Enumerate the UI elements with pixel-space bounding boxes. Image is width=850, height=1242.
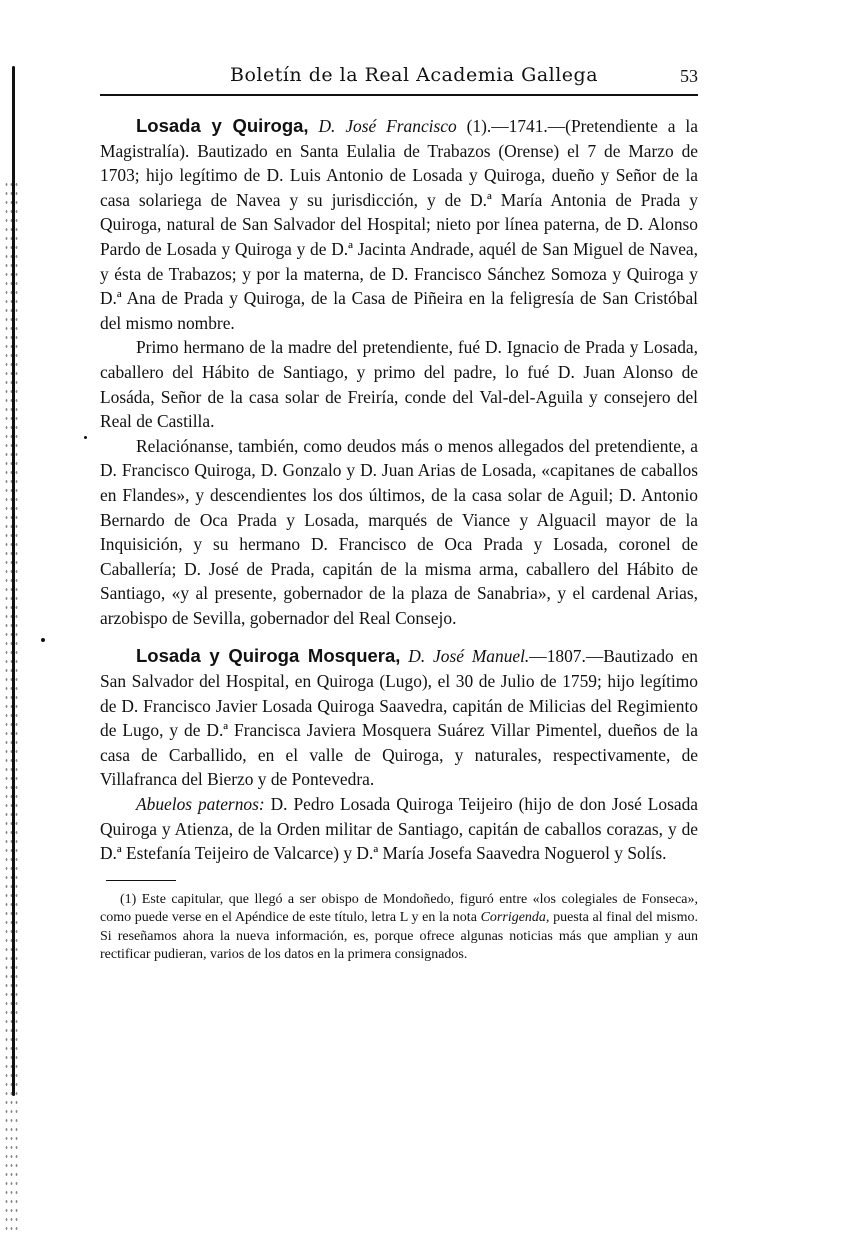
page-number: 53 (680, 66, 698, 87)
entry-name: D. José Manuel. (408, 646, 529, 666)
document-page: Boletín de la Real Academia Gallega 53 L… (100, 60, 698, 964)
entry-body: (1).—1741.—(Pretendiente a la Magistralí… (100, 116, 698, 333)
running-title: Boletín de la Real Academia Gallega (230, 64, 598, 86)
entry-jose-francisco: Losada y Quiroga, D. José Francisco (1).… (100, 114, 698, 630)
entry-intro-paragraph: Losada y Quiroga Mosquera, D. José Manue… (100, 644, 698, 792)
grandparents-paragraph: Abuelos paternos: D. Pedro Losada Quirog… (100, 792, 698, 866)
footnote-divider (106, 880, 176, 881)
body-paragraph: Relaciónanse, también, como deudos más o… (100, 434, 698, 631)
scan-mark (41, 638, 45, 642)
entry-headword: Losada y Quiroga, (136, 115, 309, 136)
entry-headword: Losada y Quiroga Mosquera, (136, 645, 400, 666)
entry-body: —1807.—Bautizado en San Salvador del Hos… (100, 646, 698, 789)
running-header: Boletín de la Real Academia Gallega 53 (100, 60, 698, 96)
grandparents-label: Abuelos paternos: (136, 794, 265, 814)
footnote-marker: (1) (120, 892, 136, 907)
footnote-italic: Corrigenda, (481, 910, 550, 925)
entry-intro-paragraph: Losada y Quiroga, D. José Francisco (1).… (100, 114, 698, 335)
entry-jose-manuel: Losada y Quiroga Mosquera, D. José Manue… (100, 644, 698, 865)
entry-name: D. José Francisco (319, 116, 457, 136)
body-paragraph: Primo hermano de la madre del pretendien… (100, 335, 698, 433)
scan-mark (84, 436, 87, 439)
footnote: (1) Este capitular, que llegó a ser obis… (100, 891, 698, 965)
scan-speckle (4, 180, 18, 1230)
